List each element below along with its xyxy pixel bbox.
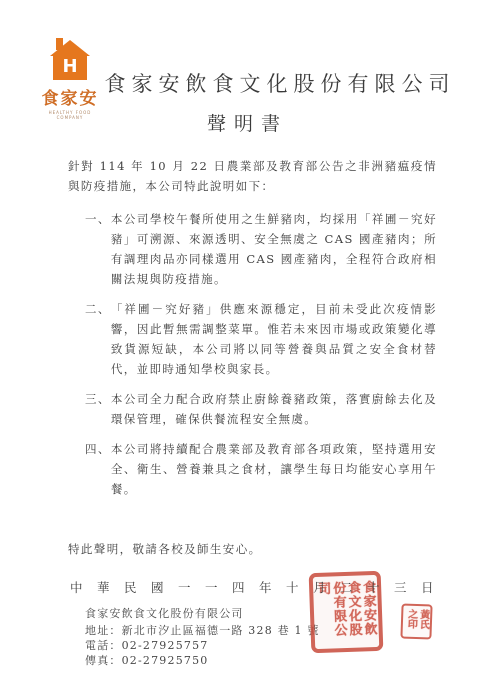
logo-letter: H [62,58,77,76]
list-item: 一、 本公司學校午餐所使用之生鮮豬肉，均採用「祥圃－究好豬」可溯源、來源透明、安… [85,209,437,289]
logo-brand-text: 食家安 [38,84,102,109]
declaration-document: H 食家安 HEALTHY FOOD COMPANY 食家安飲食文化股份有限公司… [0,0,495,700]
list-item: 二、 「祥圃－究好豬」供應來源穩定，目前未受此次疫情影響，因此暫無需調整菜單。惟… [85,299,437,379]
company-title: 食家安飲食文化股份有限公司 [95,68,465,98]
name-seal-stamp: 黃氏之印 [400,603,432,639]
closing-statement: 特此聲明，敬請各校及師生安心。 [68,539,437,559]
item-text: 「祥圃－究好豬」供應來源穩定，目前未受此次疫情影響，因此暫無需調整菜單。惟若未來… [111,299,437,379]
item-number: 二、 [85,299,111,379]
house-logo-icon: H [50,38,90,82]
item-text: 本公司全力配合政府禁止廚餘養豬政策，落實廚餘去化及環保管理，確保供餐流程安全無虞… [111,389,437,429]
roc-date-line: 中華民國一一四年十月二十三日 [70,578,448,596]
company-contact-block: 食家安飲食文化股份有限公司 地址：新北市汐止區福德一路 328 巷 1 號 電話… [85,606,320,668]
item-text: 本公司學校午餐所使用之生鮮豬肉，均採用「祥圃－究好豬」可溯源、來源透明、安全無虞… [111,209,437,289]
document-body: 針對 114 年 10 月 22 日農業部及教育部公告之非洲豬瘟疫情與防疫措施，… [68,156,437,559]
intro-paragraph: 針對 114 年 10 月 22 日農業部及教育部公告之非洲豬瘟疫情與防疫措施，… [68,156,437,196]
logo-tagline-line2: COMPANY [38,115,102,120]
company-fax: 傳真：02-27925750 [85,653,320,668]
company-logo: H 食家安 HEALTHY FOOD COMPANY [38,38,102,120]
item-number: 三、 [85,389,111,429]
list-item: 四、 本公司將持續配合農業部及教育部各項政策，堅持選用安全、衛生、營養兼具之食材… [85,439,437,499]
document-header: H 食家安 HEALTHY FOOD COMPANY 食家安飲食文化股份有限公司… [0,0,495,136]
name-seal-text: 黃氏之印 [404,608,429,635]
signature-company-name: 食家安飲食文化股份有限公司 [85,606,320,621]
logo-tagline: HEALTHY FOOD COMPANY [38,110,102,120]
item-text: 本公司將持續配合農業部及教育部各項政策，堅持選用安全、衛生、營養兼具之食材，讓學… [111,439,437,499]
company-phone: 電話：02-27925757 [85,638,320,653]
list-item: 三、 本公司全力配合政府禁止廚餘養豬政策，落實廚餘去化及環保管理，確保供餐流程安… [85,389,437,429]
item-number: 四、 [85,439,111,499]
item-number: 一、 [85,209,111,289]
logo-house-body: H [53,54,87,80]
company-address: 地址：新北市汐止區福德一路 328 巷 1 號 [85,623,320,638]
numbered-list: 一、 本公司學校午餐所使用之生鮮豬肉，均採用「祥圃－究好豬」可溯源、來源透明、安… [85,209,437,499]
